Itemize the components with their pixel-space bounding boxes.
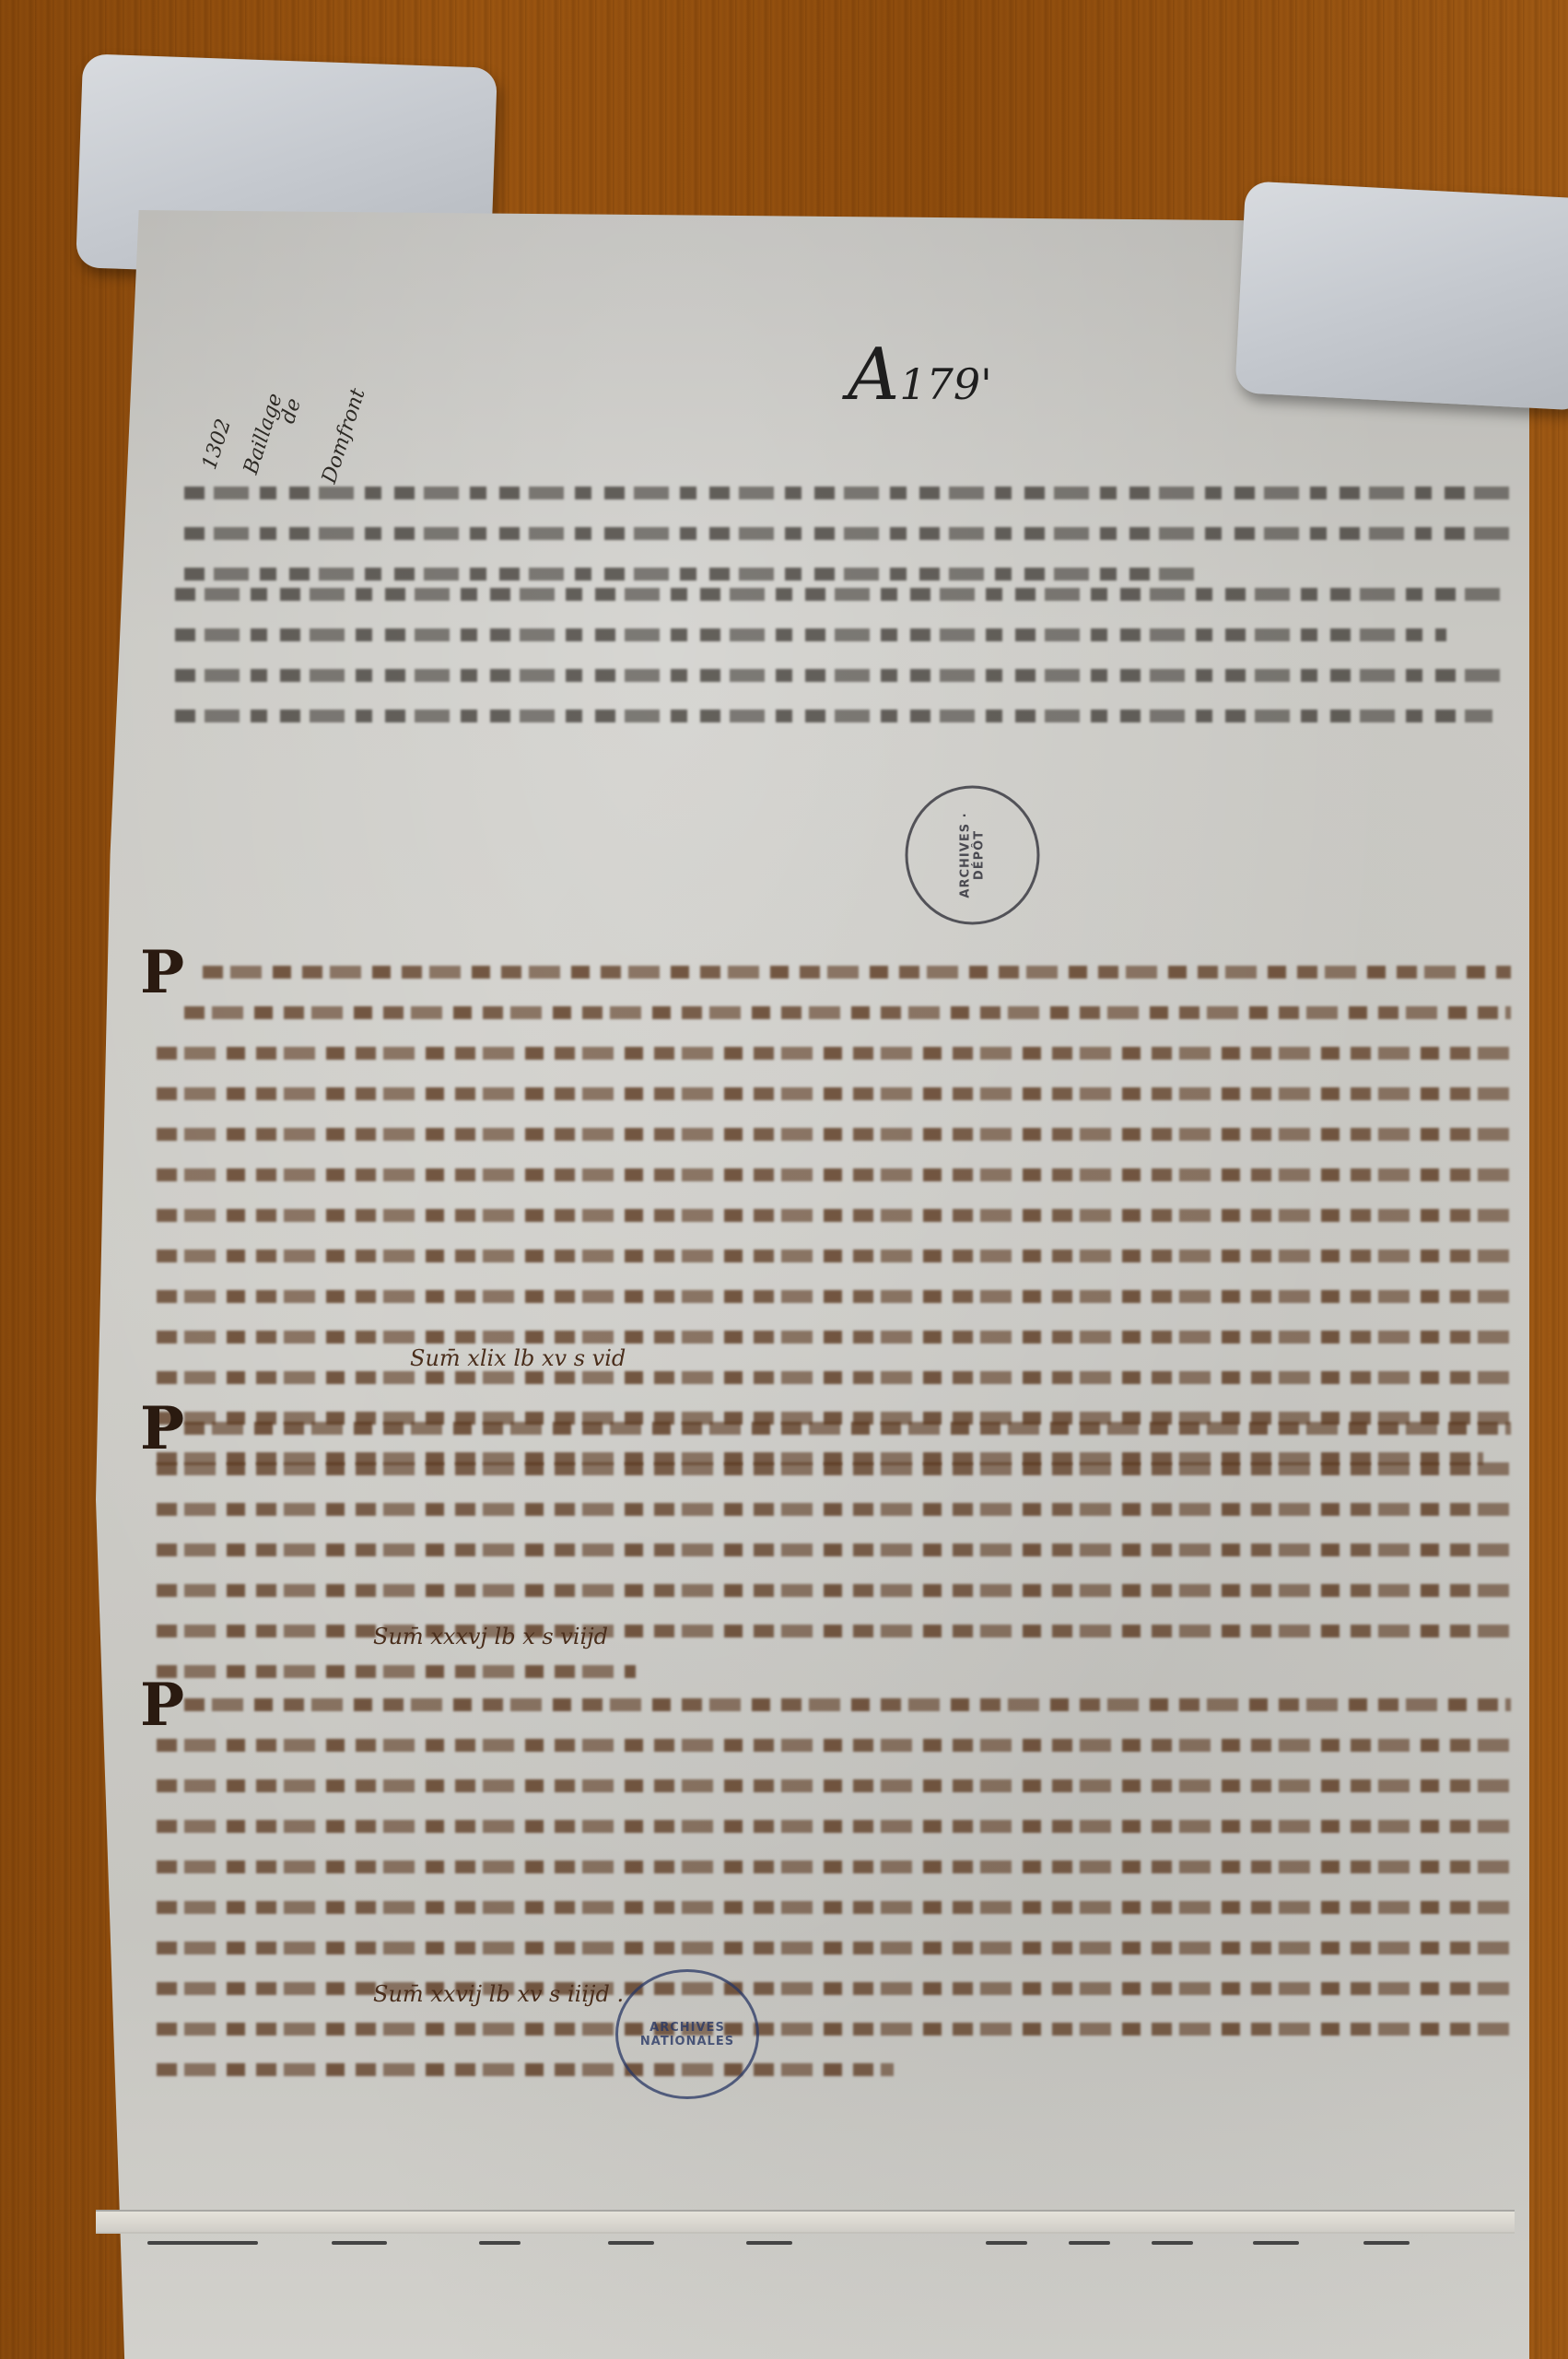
stitch-mark xyxy=(1253,2241,1299,2245)
script-line xyxy=(157,1813,1511,1840)
script-line xyxy=(157,1853,1511,1881)
script-line xyxy=(157,1455,1511,1483)
script-line xyxy=(157,1772,1511,1800)
script-line xyxy=(157,1039,1511,1067)
list-entries xyxy=(175,581,1511,743)
script-line xyxy=(157,1283,1511,1310)
script-line xyxy=(157,1496,1511,1523)
script-line xyxy=(157,1364,1511,1391)
script-line xyxy=(157,1080,1511,1108)
script-line xyxy=(157,1323,1511,1351)
script-line xyxy=(184,999,1511,1027)
archive-stamp: ARCHIVES · DÉPÔT xyxy=(906,786,1040,925)
account-section-3: P xyxy=(157,1691,1511,2096)
stitch-mark xyxy=(1363,2241,1410,2245)
script-line xyxy=(157,1894,1511,1921)
stitch-mark xyxy=(479,2241,521,2245)
script-line xyxy=(175,621,1446,649)
script-line xyxy=(157,1161,1511,1189)
stitch-mark xyxy=(608,2241,654,2245)
weight-pillow-right xyxy=(1235,181,1568,411)
script-line xyxy=(184,1414,1511,1442)
script-line xyxy=(175,662,1511,689)
stitch-mark xyxy=(746,2241,792,2245)
script-line xyxy=(203,958,1511,986)
stitch-mark xyxy=(1152,2241,1193,2245)
stitch-mark xyxy=(1069,2241,1110,2245)
script-line xyxy=(175,702,1492,730)
bottom-fold xyxy=(96,2210,1515,2234)
stitch-mark xyxy=(147,2241,258,2245)
script-line xyxy=(184,520,1511,547)
account-section-2: P xyxy=(157,1414,1511,1698)
script-line xyxy=(157,1536,1511,1564)
script-line xyxy=(157,2056,894,2083)
script-line xyxy=(157,1617,1511,1645)
script-line xyxy=(157,1658,636,1685)
script-line xyxy=(175,581,1511,608)
illuminated-initial: P xyxy=(140,938,184,1007)
script-line xyxy=(157,1731,1511,1759)
script-line xyxy=(157,1934,1511,1962)
script-line xyxy=(157,1121,1511,1148)
script-line xyxy=(184,479,1511,507)
illuminated-initial: P xyxy=(140,1394,184,1463)
archive-letter: A xyxy=(848,334,899,417)
script-line xyxy=(157,1202,1511,1229)
script-line xyxy=(157,1975,1511,2002)
illuminated-initial: P xyxy=(140,1671,184,1740)
stitch-mark xyxy=(332,2241,387,2245)
script-line xyxy=(184,1691,1511,1719)
archive-stamp-blue: ARCHIVES NATIONALES xyxy=(615,1969,759,2099)
script-line xyxy=(157,2015,1511,2043)
archive-mark: A179' xyxy=(848,334,992,417)
subtotal-3: Sum̄ xxvij lb xv s iiijd . xyxy=(373,1981,624,2007)
archive-number: 179 xyxy=(899,359,980,409)
script-line xyxy=(157,1242,1511,1270)
script-line xyxy=(157,1577,1511,1604)
subtotal-2: Sum̄ xxxvj lb x s viijd xyxy=(373,1624,608,1649)
subtotal-1: Sum̄ xlix lb xv s vid xyxy=(410,1345,626,1371)
stitch-mark xyxy=(986,2241,1027,2245)
account-section-1: P xyxy=(157,958,1511,1485)
